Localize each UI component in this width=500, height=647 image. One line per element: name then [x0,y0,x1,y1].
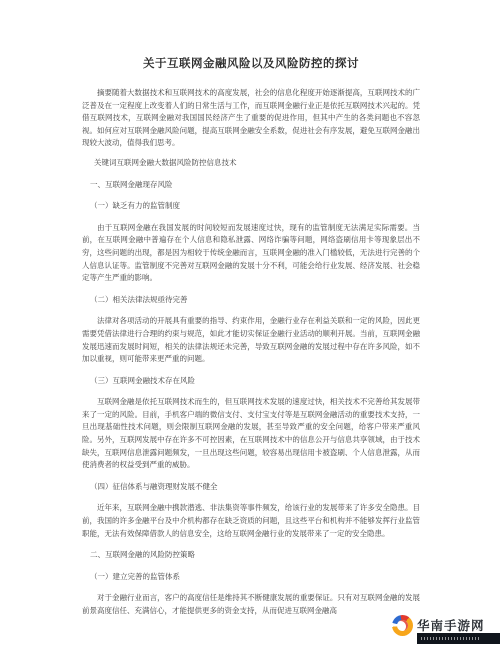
paragraph-1-1: 由于互联网金融在我国发展的时间较短而发展速度过快，现有的监管制度无法满足实际需要… [82,222,420,285]
watermark: 华南手游网 [390,611,500,647]
subsection-heading-1-3: （三）互联网金融技术存在风险 [82,375,420,388]
paragraph-1-3: 互联网金融是依托互联网技术而生的，但互联网技术发展的速度过快，相关技术不完善给其… [82,396,420,472]
paragraph-1-4: 近年来，互联网金融中携款潜逃、非法集资等事件频发，给该行业的发展带来了许多安全隐… [82,502,420,540]
paragraph-2-1: 对于金融行业而言，客户的高度信任是维持其不断健康发展的重要保证。只有对互联网金融… [82,592,420,617]
subsection-heading-2-1: （一）建立完善的监管体系 [82,571,420,584]
keywords-line: 关键词互联网金融大数据风险防控信息技术 [82,157,420,170]
abstract-paragraph: 摘要随着大数据技术和互联网技术的高度发展，社会的信息化程度开始逐渐提高，互联网技… [82,87,420,150]
section-1-heading: 一、互联网金融现存风险 [82,179,420,192]
watermark-site-name: 华南手游网 [417,616,485,634]
page-title: 关于互联网金融风险以及风险防控的探讨 [82,55,420,71]
section-2-heading: 二、互联网金融的风险防控策略 [82,549,420,562]
subsection-heading-1-2: （二）相关法律法规亟待完善 [82,294,420,307]
document-page: 关于互联网金融风险以及风险防控的探讨 摘要随着大数据技术和互联网技术的高度发展，… [0,0,500,625]
watermark-logo-icon [392,615,413,636]
subsection-heading-1-4: （四）征信体系与融资理财发展不健全 [82,481,420,494]
paragraph-1-2: 法律对各项活动的开展具有重要的指导、约束作用，金融行业存在利益关联和一定的风险，… [82,315,420,365]
subsection-heading-1-1: （一）缺乏有力的监管制度 [82,200,420,213]
watermark-tagline-bar [417,633,500,644]
